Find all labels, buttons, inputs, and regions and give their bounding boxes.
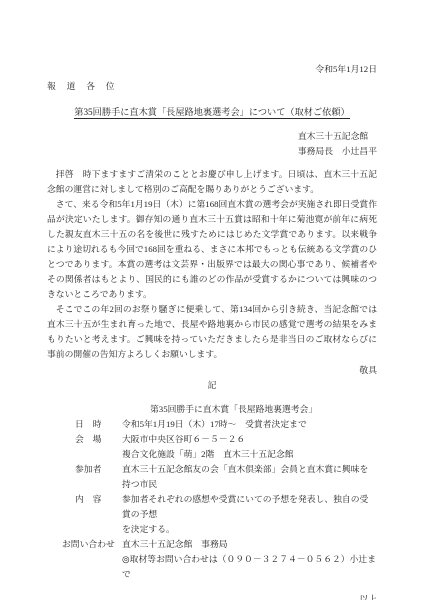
event-details-heading: 第35回勝手に直木賞「長屋路地裏選考会」 bbox=[150, 402, 377, 417]
detail-line: ◎取材等お問い合わせは（０９０－３２７４－０５６２）小辻まで bbox=[122, 552, 377, 582]
detail-line: を決定する。 bbox=[122, 522, 377, 537]
detail-line: 複合文化施設「萌」2階 直木三十五記念館 bbox=[122, 447, 377, 462]
sender-organization: 直木三十五記念館 bbox=[298, 129, 377, 144]
letter-body: 拝啓 時下ますますご清栄のこととお慶び申し上げます。日頃は、直木三十五記念館の運… bbox=[47, 167, 377, 378]
detail-row-contents: 内 容 参加者それぞれの感想や受賞にいての予想を発表し、独自の受賞の予想 を決定… bbox=[62, 492, 377, 537]
paragraph-background: さて、来る令和5年1月19日（木）に第168回直木賞の選考会が実施され即日受賞作… bbox=[47, 197, 377, 302]
detail-label: 内 容 bbox=[62, 492, 122, 537]
document-page: 令和5年1月12日 報 道 各 位 第35回勝手に直木賞「長屋路地裏選考会」につ… bbox=[0, 0, 424, 600]
detail-line: 令和5年1月19日（木）17時～ 受賞者決定まで bbox=[122, 417, 377, 432]
document-title-text: 第35回勝手に直木賞「長屋路地裏選考会」について（取材ご依頼） bbox=[74, 107, 349, 119]
detail-line: 直木三十五記念館友の会「直木倶楽部」会員と直木賞に興味を持つ市民 bbox=[122, 462, 377, 492]
detail-row-venue: 会 場 大阪市中央区谷町６－５－２６ 複合文化施設「萌」2階 直木三十五記念館 bbox=[62, 432, 377, 462]
recipient-line: 報 道 各 位 bbox=[47, 79, 377, 94]
detail-label: 参加者 bbox=[62, 462, 122, 492]
detail-line: 大阪市中央区谷町６－５－２６ bbox=[122, 432, 377, 447]
sender-block: 直木三十五記念館 事務局長 小辻昌平 bbox=[47, 129, 377, 159]
detail-row-participants: 参加者 直木三十五記念館友の会「直木倶楽部」会員と直木賞に興味を持つ市民 bbox=[62, 462, 377, 492]
detail-label: 会 場 bbox=[62, 432, 122, 462]
detail-label: お問い合わせ bbox=[62, 537, 122, 582]
detail-line: 直木三十五記念館 事務局 bbox=[122, 537, 377, 552]
paragraph-greeting: 拝啓 時下ますますご清栄のこととお慶び申し上げます。日頃は、直木三十五記念館の運… bbox=[47, 167, 377, 197]
paragraph-request: そこでこの年2回のお祭り騒ぎに便乗して、第134回から引き続き、当記念館では直木… bbox=[47, 302, 377, 362]
detail-row-contact: お問い合わせ 直木三十五記念館 事務局 ◎取材等お問い合わせは（０９０－３２７４… bbox=[62, 537, 377, 582]
event-details: 第35回勝手に直木賞「長屋路地裏選考会」 日 時 令和5年1月19日（木）17時… bbox=[62, 402, 377, 582]
detail-label: 日 時 bbox=[62, 417, 122, 432]
record-marker: 記 bbox=[47, 378, 377, 393]
sender-person: 事務局長 小辻昌平 bbox=[298, 144, 377, 159]
end-marker: 以上 bbox=[47, 592, 377, 600]
document-title: 第35回勝手に直木賞「長屋路地裏選考会」について（取材ご依頼） bbox=[47, 105, 377, 120]
detail-row-datetime: 日 時 令和5年1月19日（木）17時～ 受賞者決定まで bbox=[62, 417, 377, 432]
detail-line: 参加者それぞれの感想や受賞にいての予想を発表し、独自の受賞の予想 bbox=[122, 492, 377, 522]
document-date: 令和5年1月12日 bbox=[47, 62, 377, 77]
closing-word: 敬具 bbox=[47, 363, 377, 378]
